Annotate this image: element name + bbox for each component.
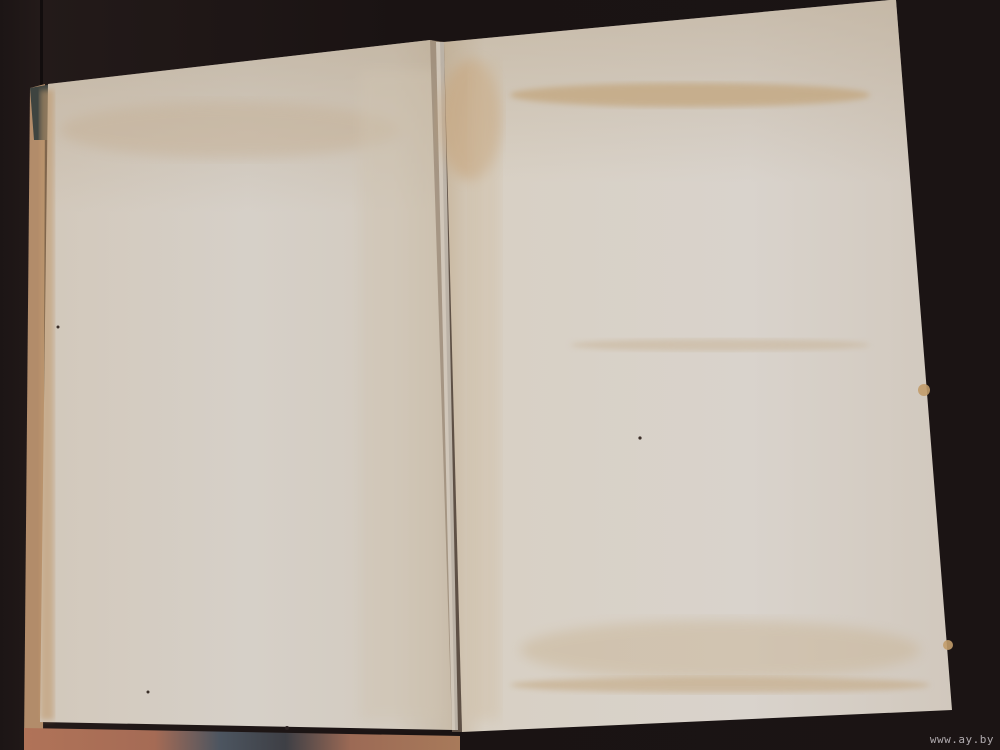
cover-bottom-edge [24,728,460,750]
watermark-text: www.ay.by [930,733,994,746]
open-book [0,0,1000,750]
